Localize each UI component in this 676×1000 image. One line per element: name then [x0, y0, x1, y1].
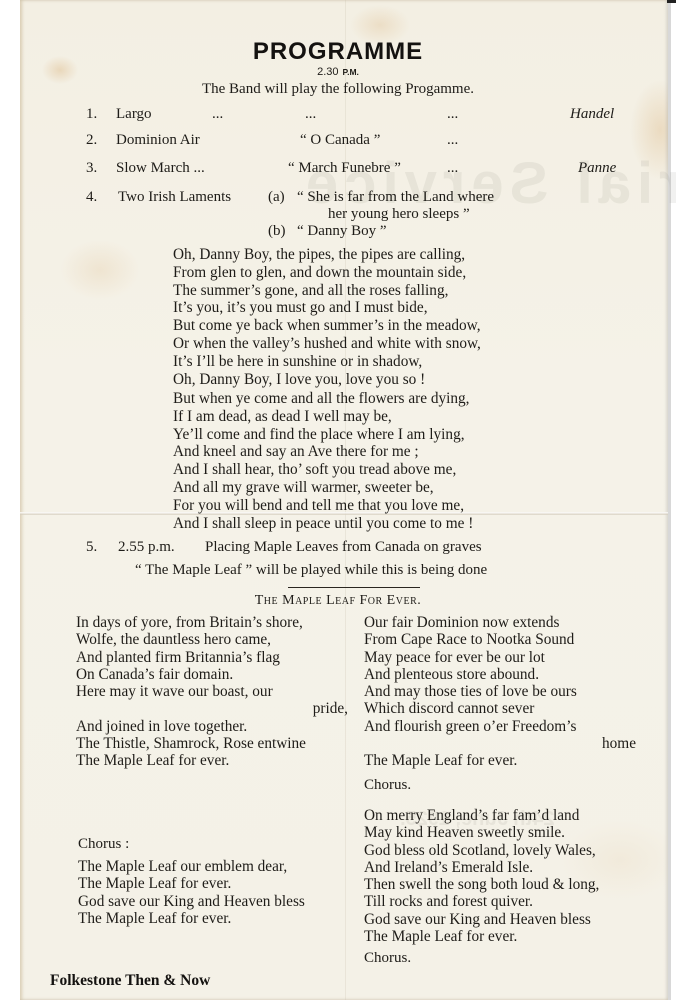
song-title: The Maple Leaf For Ever.	[0, 593, 676, 609]
item-title: “ O Canada ”	[300, 132, 380, 149]
item-number: 2.	[86, 132, 97, 149]
lament-b-title: “ Danny Boy ”	[297, 223, 387, 240]
lyric-line: And Ireland’s Emerald Isle.	[364, 859, 599, 876]
lyric-line: The summer’s gone, and all the roses fal…	[173, 282, 481, 300]
lyric-line: The Maple Leaf for ever.	[364, 752, 636, 769]
item-title: “ March Funebre ”	[288, 160, 401, 177]
lyric-line: And I shall hear, tho’ soft you tread ab…	[173, 461, 473, 479]
lyric-line: The Maple Leaf for ever.	[364, 928, 599, 945]
lyric-line: God save our King and Heaven bless	[364, 911, 599, 928]
lyric-line: The Maple Leaf our emblem dear,	[78, 858, 305, 875]
lyric-line: Then swell the song both loud & long,	[364, 876, 599, 893]
song-right-verse-2: On merry England’s far fam’d land May ki…	[364, 807, 599, 945]
lyric-line: May kind Heaven sweetly smile.	[364, 824, 599, 841]
item-dots: ...	[447, 160, 458, 177]
time-suffix: P.M.	[343, 67, 359, 77]
lyric-line: Till rocks and forest quiver.	[364, 893, 599, 910]
song-right-verse-1: Our fair Dominion now extends From Cape …	[364, 614, 636, 770]
intro-text: The Band will play the following Progamm…	[0, 81, 676, 98]
lyric-line: And joined in love together.	[76, 718, 348, 735]
item-number: 1.	[86, 106, 97, 123]
lyric-line: The Maple Leaf for ever.	[78, 875, 305, 892]
item-dots: ...	[212, 106, 223, 123]
lyric-line: Or when the valley’s hushed and white wi…	[173, 335, 481, 353]
lyric-line: But when ye come and all the flowers are…	[173, 390, 473, 408]
item-number: 5.	[86, 539, 97, 556]
lyric-line: On merry England’s far fam’d land	[364, 807, 599, 824]
lyric-line: And kneel and say an Ave there for me ;	[173, 443, 473, 461]
item-title: ...	[305, 106, 316, 123]
song-left-verse: In days of yore, from Britain’s shore, W…	[76, 614, 348, 770]
danny-boy-verse-2: But when ye come and all the flowers are…	[173, 390, 473, 532]
lyric-line: In days of yore, from Britain’s shore,	[76, 614, 348, 631]
lyric-line: God save our King and Heaven bless	[78, 893, 305, 910]
lyric-line: pride,	[76, 700, 348, 717]
item-piece: Dominion Air	[116, 132, 200, 149]
lyric-line: home	[364, 735, 636, 752]
lament-a-title-cont: her young hero sleeps ”	[328, 206, 470, 223]
lyric-line: The Maple Leaf for ever.	[76, 752, 348, 769]
item-text: Placing Maple Leaves from Canada on grav…	[205, 539, 482, 556]
item-number: 4.	[86, 189, 97, 206]
item-label: Two Irish Laments	[118, 189, 231, 206]
lyric-line: Oh, Danny Boy, the pipes, the pipes are …	[173, 246, 481, 264]
chorus-label: Chorus :	[78, 836, 129, 853]
lyric-line: From glen to glen, and down the mountain…	[173, 264, 481, 282]
danny-boy-verse-1: Oh, Danny Boy, the pipes, the pipes are …	[173, 246, 481, 388]
chorus-marker: Chorus.	[364, 777, 411, 794]
lyric-line: And plenteous store abound.	[364, 666, 636, 683]
song-chorus: The Maple Leaf our emblem dear, The Mapl…	[78, 858, 305, 927]
item-composer: Panne	[578, 160, 616, 177]
lyric-line: The Maple Leaf for ever.	[78, 910, 305, 927]
lyric-line: Our fair Dominion now extends	[364, 614, 636, 631]
item-subtext: “ The Maple Leaf ” will be played while …	[135, 562, 487, 579]
lyric-line: From Cape Race to Nootka Sound	[364, 631, 636, 648]
item-dots: ...	[447, 106, 458, 123]
item-piece: Largo	[116, 106, 152, 123]
lyric-line: If I am dead, as dead I well may be,	[173, 408, 473, 426]
lament-a-marker: (a)	[268, 189, 285, 206]
lyric-line: Which discord cannot sever	[364, 700, 636, 717]
lyric-line: Oh, Danny Boy, I love you, love you so !	[173, 371, 481, 389]
corner-mark	[667, 0, 676, 3]
lyric-line: It’s you, it’s you must go and I must bi…	[173, 299, 481, 317]
lyric-line: The Thistle, Shamrock, Rose entwine	[76, 735, 348, 752]
lament-a-title: “ She is far from the Land where	[297, 189, 494, 206]
lyric-line: And planted firm Britannia’s flag	[76, 649, 348, 666]
lament-b-marker: (b)	[268, 223, 286, 240]
lyric-line: May peace for ever be our lot	[364, 649, 636, 666]
lyric-line: For you will bend and tell me that you l…	[173, 497, 473, 515]
lyric-line: But come ye back when summer’s in the me…	[173, 317, 481, 335]
item-time: 2.55 p.m.	[118, 539, 175, 556]
lyric-line: It’s I’ll be here in sunshine or in shad…	[173, 353, 481, 371]
lyric-line: And all my grave will warmer, sweeter be…	[173, 479, 473, 497]
lyric-line: On Canada’s fair domain.	[76, 666, 348, 683]
lyric-line: And may those ties of love be ours	[364, 683, 636, 700]
programme-time: 2.30P.M.	[0, 66, 676, 78]
item-number: 3.	[86, 160, 97, 177]
lyric-line: And flourish green o’er Freedom’s	[364, 718, 636, 735]
lyric-line: Wolfe, the dauntless hero came,	[76, 631, 348, 648]
time-value: 2.30	[317, 66, 338, 78]
lyric-line: Here may it wave our boast, our	[76, 683, 348, 700]
item-dots: ...	[447, 132, 458, 149]
item-piece: Slow March ...	[116, 160, 205, 177]
source-credit: Folkestone Then & Now	[50, 972, 210, 990]
lyric-line: Ye’ll come and find the place where I am…	[173, 426, 473, 444]
page-title: PROGRAMME	[0, 38, 676, 66]
item-composer: Handel	[570, 106, 614, 123]
lyric-line: And I shall sleep in peace until you com…	[173, 515, 473, 533]
section-divider	[288, 587, 420, 588]
lyric-line: God bless old Scotland, lovely Wales,	[364, 842, 599, 859]
chorus-marker: Chorus.	[364, 950, 411, 967]
